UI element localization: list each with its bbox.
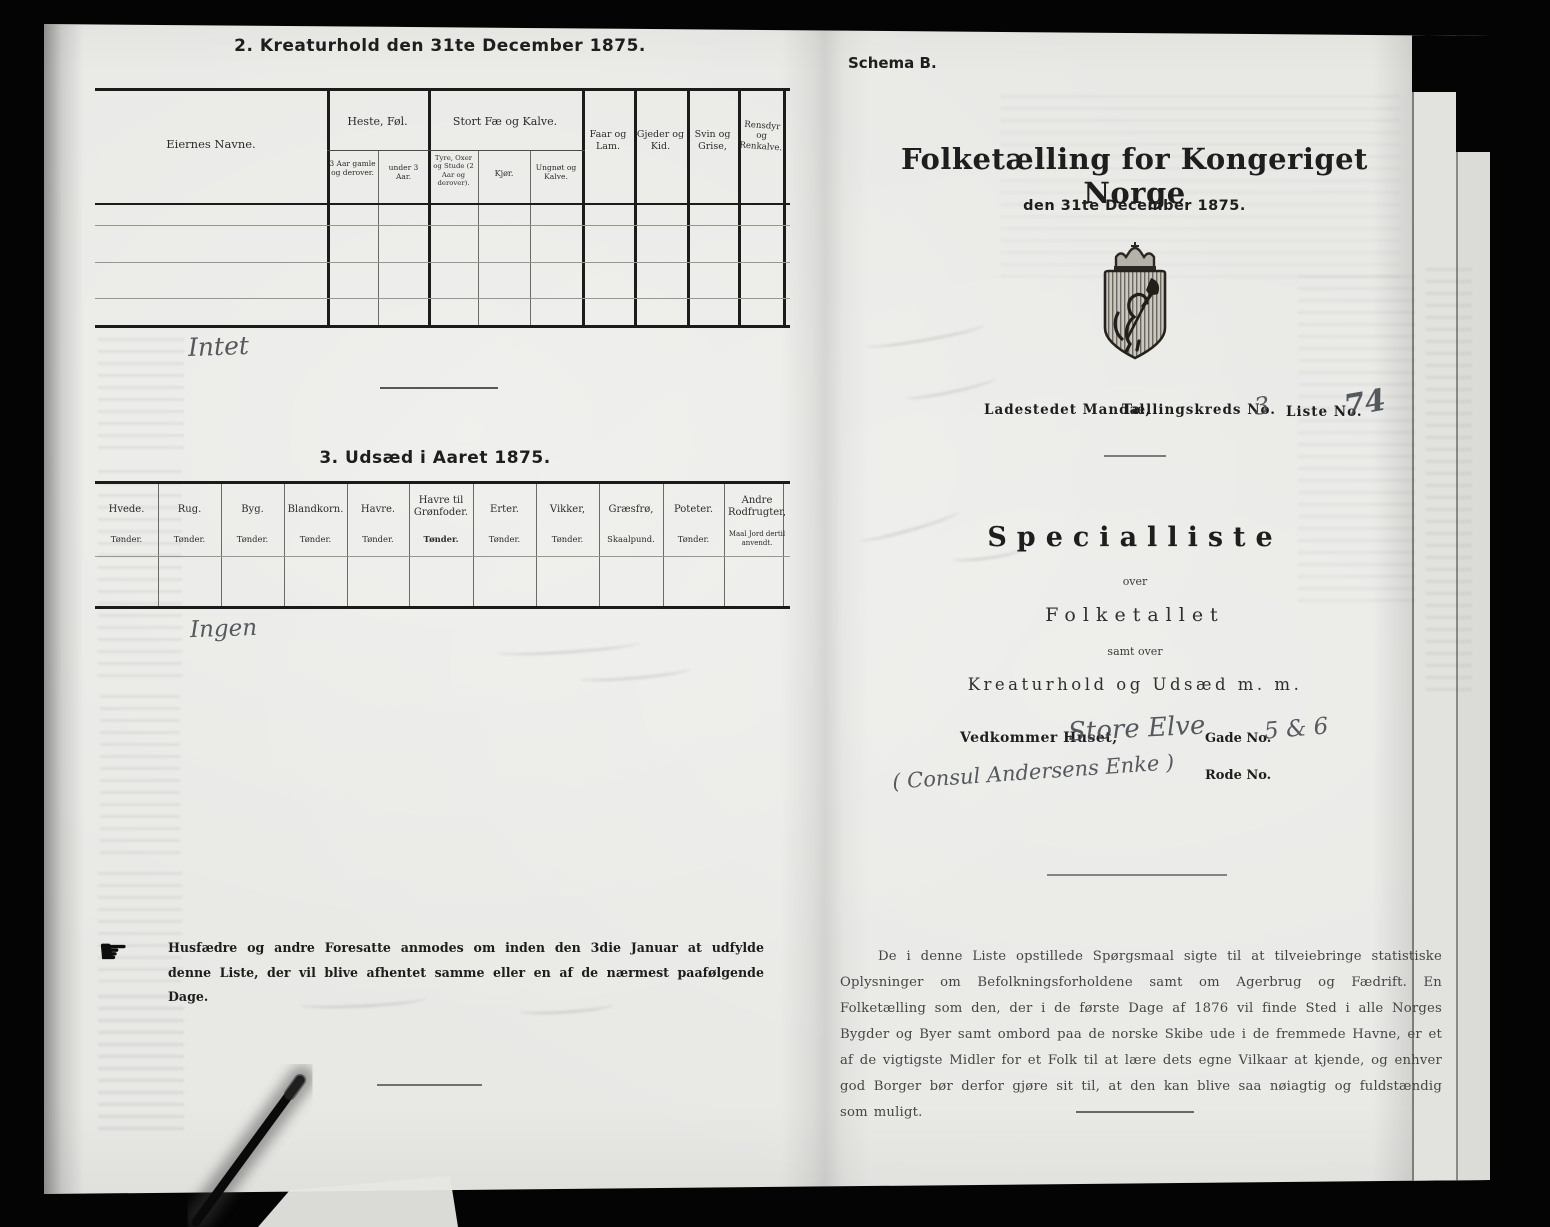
- col-header-eiernes-navne: Eiernes Navne.: [95, 137, 327, 151]
- rode-label: Rode No.: [1205, 768, 1271, 783]
- bottom-divider: [1076, 1111, 1194, 1113]
- title-divider: [1104, 455, 1166, 457]
- handwritten-house-name: Store Elve: [1067, 710, 1206, 747]
- subtitle-folketallet: Folketallet: [902, 604, 1368, 626]
- manicule-icon: ☛: [98, 932, 128, 972]
- col-group-stort-fae: Stort Fæ og Kalve.: [428, 115, 582, 128]
- udsaed-col-unit: Tønder.: [663, 534, 724, 544]
- udsaed-col-name: Poteter.: [663, 504, 724, 516]
- udsaed-col-unit: Skaalpund.: [599, 534, 663, 544]
- section-divider: [380, 387, 498, 389]
- subtitle-block: Specialliste over Folketallet samt over …: [902, 522, 1368, 694]
- handwritten-owner-note: ( Consul Andersens Enke ): [892, 750, 1175, 794]
- scan-background-corner: [1456, 0, 1550, 152]
- footnote-text: Husfædre og andre Foresatte anmodes om i…: [168, 936, 764, 1010]
- udsaed-col-unit: Tønder.: [536, 534, 599, 544]
- col-gjeder-kid: Gjeder og Kid.: [636, 129, 685, 152]
- subtitle-samt-over: samt over: [902, 645, 1368, 658]
- census-purpose-paragraph: De i denne Liste opstillede Spørgsmaal s…: [840, 944, 1442, 1126]
- udsaed-table: Hvede. Tønder. Rug. Tønder. Byg. Tønder.…: [95, 481, 790, 609]
- udsaed-col-name: Vikker,: [536, 504, 599, 516]
- col-faar-lam: Faar og Lam.: [584, 129, 632, 152]
- kreaturhold-table: Eiernes Navne. Heste, Føl. Stort Fæ og K…: [95, 88, 790, 328]
- mid-divider: [1047, 874, 1227, 876]
- gade-label: Gade No.: [1205, 731, 1271, 746]
- subtitle-main: Specialliste: [902, 522, 1368, 553]
- coat-of-arms-norway: [1096, 242, 1174, 364]
- udsaed-col-unit: Tønder.: [473, 534, 536, 544]
- col-rensdyr: Rensdyr og Renkalve.: [739, 120, 784, 154]
- udsaed-col-name: Blandkorn.: [284, 504, 347, 516]
- udsaed-col-name: Rug.: [158, 504, 221, 516]
- udsaed-col-unit: Tønder.: [409, 534, 473, 544]
- date-line: den 31te December 1875.: [862, 198, 1407, 214]
- left-page: 2. Kreaturhold den 31te December 1875.: [0, 0, 792, 1227]
- subtitle-over: over: [902, 575, 1368, 588]
- udsaed-col-unit: Tønder.: [95, 534, 158, 544]
- handwritten-ingen: Ingen: [190, 615, 258, 643]
- subcol-kjoer: Kjør.: [480, 169, 528, 179]
- udsaed-col-unit: Maal Jord dertil anvendt.: [724, 530, 790, 547]
- book-spread-paper: 2. Kreaturhold den 31te December 1875.: [44, 8, 1490, 1200]
- handwritten-district-number: 3: [1253, 391, 1271, 420]
- udsaed-col-name: Byg.: [221, 504, 284, 516]
- udsaed-col-unit: Tønder.: [158, 534, 221, 544]
- bottom-divider: [377, 1084, 482, 1086]
- handwritten-list-number: 74: [1341, 383, 1388, 425]
- subcol-under-3aar: under 3 Aar.: [380, 163, 427, 181]
- col-group-heste-foel: Heste, Føl.: [327, 115, 428, 128]
- udsaed-col-name: Erter.: [473, 504, 536, 516]
- subcol-tyre-oxer: Tyre, Oxer og Stude (2 Aar og derover).: [430, 154, 477, 188]
- scanned-census-document-1875: { "page_left": { "section2": { "title": …: [0, 0, 1550, 1227]
- udsaed-col-name: Græsfrø,: [599, 504, 663, 516]
- udsaed-col-unit: Tønder.: [284, 534, 347, 544]
- subcol-ungnoet: Ungnøt og Kalve.: [532, 163, 580, 182]
- udsaed-col-name: Havre til Grønfoder.: [409, 495, 473, 519]
- subcol-3aar: 3 Aar gamle og derover.: [329, 159, 376, 177]
- udsaed-col-name: Havre.: [347, 504, 409, 516]
- udsaed-col-unit: Tønder.: [347, 534, 409, 544]
- right-page: Schema B. Folketælling for Kongeriget No…: [792, 0, 1452, 1227]
- udsaed-col-name: Andre Rodfrugter,: [724, 495, 790, 519]
- col-svin-grise: Svin og Grise,: [689, 129, 736, 152]
- udsaed-col-unit: Tønder.: [221, 534, 284, 544]
- subtitle-kreaturhold: Kreaturhold og Udsæd m. m.: [902, 675, 1368, 694]
- handwritten-intet: Intet: [188, 331, 250, 362]
- section3-title: 3. Udsæd i Aaret 1875.: [95, 448, 775, 468]
- schema-label: Schema B.: [848, 54, 937, 72]
- handwritten-gade-number: 5 & 6: [1263, 713, 1329, 745]
- udsaed-col-name: Hvede.: [95, 504, 158, 516]
- section2-title: 2. Kreaturhold den 31te December 1875.: [95, 36, 785, 56]
